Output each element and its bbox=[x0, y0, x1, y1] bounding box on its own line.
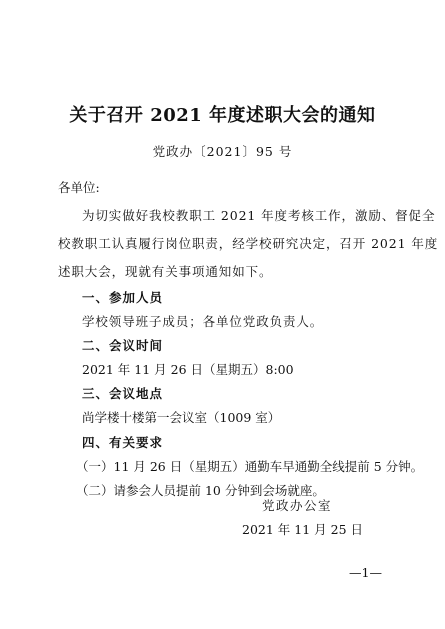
requirement-item-1: （一）11 月 26 日（星期五）通勤车早通勤全线提前 5 分钟。 bbox=[76, 457, 423, 475]
section-text-attendees: 学校领导班子成员；各单位党政负责人。 bbox=[82, 312, 323, 330]
section-text-location: 尚学楼十楼第一会议室（1009 室） bbox=[82, 408, 280, 426]
page-number: —1— bbox=[349, 565, 382, 580]
salutation: 各单位: bbox=[58, 178, 100, 196]
section-heading-attendees: 一、参加人员 bbox=[82, 288, 163, 306]
signature-issuer: 党政办公室 bbox=[262, 496, 332, 514]
intro-line-3: 述职大会，现就有关事项通知如下。 bbox=[58, 262, 272, 280]
intro-line-2: 校教职工认真履行岗位职责，经学校研究决定，召开 2021 年度 bbox=[58, 234, 438, 252]
document-title: 关于召开 2021 年度述职大会的通知 bbox=[0, 101, 445, 127]
document-number: 党政办〔2021〕95 号 bbox=[0, 142, 445, 160]
section-text-time: 2021 年 11 月 26 日（星期五）8:00 bbox=[82, 360, 294, 378]
section-heading-location: 三、会议地点 bbox=[82, 384, 163, 402]
signature-date: 2021 年 11 月 25 日 bbox=[242, 520, 363, 538]
section-heading-requirements: 四、有关要求 bbox=[82, 433, 163, 451]
section-heading-time: 二、会议时间 bbox=[82, 336, 163, 354]
intro-line-1: 为切实做好我校教职工 2021 年度考核工作，激励、督促全 bbox=[82, 206, 435, 224]
